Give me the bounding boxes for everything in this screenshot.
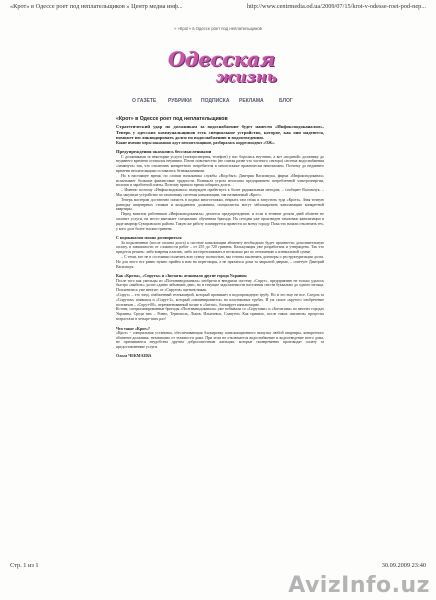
- article-headline: «Крот» в Одессе роет под неплательщиков: [116, 116, 324, 123]
- article-lead: Стратегический удар по должникам за водо…: [116, 124, 324, 141]
- print-header-title: «Крот» в Одессе роет под неплательщиков …: [10, 3, 183, 10]
- nav-item-about[interactable]: О ГАЗЕТЕ: [132, 98, 168, 104]
- paragraph: «Крот» - специальная установка, обеспечи…: [116, 331, 324, 350]
- paragraph: Перед визитом работников «Инфоксводокана…: [116, 212, 324, 231]
- article-section: Как «Кроты», «Спруты» и «Зигзаги» атаков…: [116, 273, 324, 321]
- paragraph: Теперь мастерам достаточно попасть в под…: [116, 198, 324, 212]
- article-author: Ольга ЧЕКМАЕВА: [116, 354, 324, 359]
- page-number: Стр. 1 из 1: [10, 562, 39, 569]
- article-section: Предупреждения оказались бессмысленными …: [116, 149, 324, 232]
- print-header: «Крот» в Одессе роет под неплательщиков …: [10, 3, 426, 10]
- paragraph: Кстати, специализированные бригады «Полт…: [116, 307, 324, 321]
- watermark: AvizInfo.uz: [288, 573, 430, 598]
- logo-line-2: жизнь: [216, 68, 277, 86]
- breadcrumb[interactable]: » «Крот» в Одессе роет под неплательщико…: [0, 26, 436, 31]
- nav-item-blog[interactable]: БЛОГ: [279, 98, 293, 104]
- nav-item-advertising[interactable]: РЕКЛАМА: [239, 98, 279, 104]
- paragraph: – Именно поэтому «Инфоксводоканал» вынуж…: [116, 188, 324, 198]
- paragraph: – С теми, кто не в состоянии оплатить вс…: [116, 255, 324, 269]
- nav-item-subscription[interactable]: ПОДПИСКА: [201, 98, 239, 104]
- print-datetime: 30.09.2009 23:40: [382, 562, 426, 569]
- article-section: Что такое «Крот»? «Крот» - специальная у…: [116, 326, 324, 350]
- nav-item-rubrics[interactable]: РУБРИКИ: [168, 98, 201, 104]
- print-footer: Стр. 1 из 1 30.09.2009 23:40: [10, 562, 426, 569]
- article-lead-note: Какие именно меры наказания ждут неплате…: [116, 141, 324, 146]
- paragraph: Но в настоящее время, по словам начальни…: [116, 174, 324, 188]
- paragraph: «Спрут» – это зонд, снабженный телекамер…: [116, 293, 324, 307]
- paragraph: С должниками за некоторые услуги (электр…: [116, 155, 324, 174]
- paragraph: После того как умельцы из «Полтававодока…: [116, 279, 324, 293]
- print-header-url: http://www.centrmedia.od.ua/2009/07/15/k…: [247, 3, 426, 10]
- site-logo[interactable]: Одесская жизнь: [164, 47, 284, 92]
- scanned-printout-page: «Крот» в Одессе роет под неплательщиков …: [0, 0, 436, 600]
- paragraph: За подключение (после оплаты долга) к си…: [116, 241, 324, 255]
- article: «Крот» в Одессе роет под неплательщиков …: [116, 116, 324, 359]
- article-section: С водоканалом можно договориться За подк…: [116, 235, 324, 269]
- main-nav: О ГАЗЕТЕ РУБРИКИ ПОДПИСКА РЕКЛАМА БЛОГ: [132, 98, 293, 104]
